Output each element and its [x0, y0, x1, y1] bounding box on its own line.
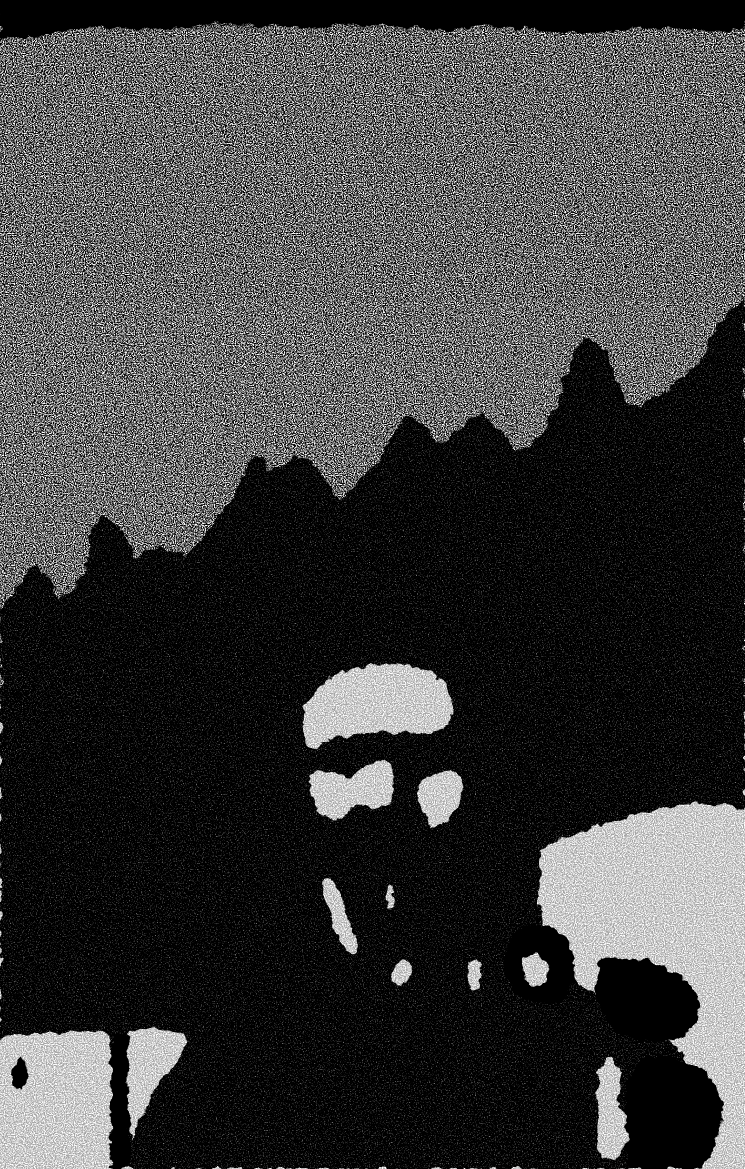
overall-grain [0, 0, 745, 1169]
grainy-photo [0, 0, 745, 1169]
photo-frame [0, 0, 745, 1169]
